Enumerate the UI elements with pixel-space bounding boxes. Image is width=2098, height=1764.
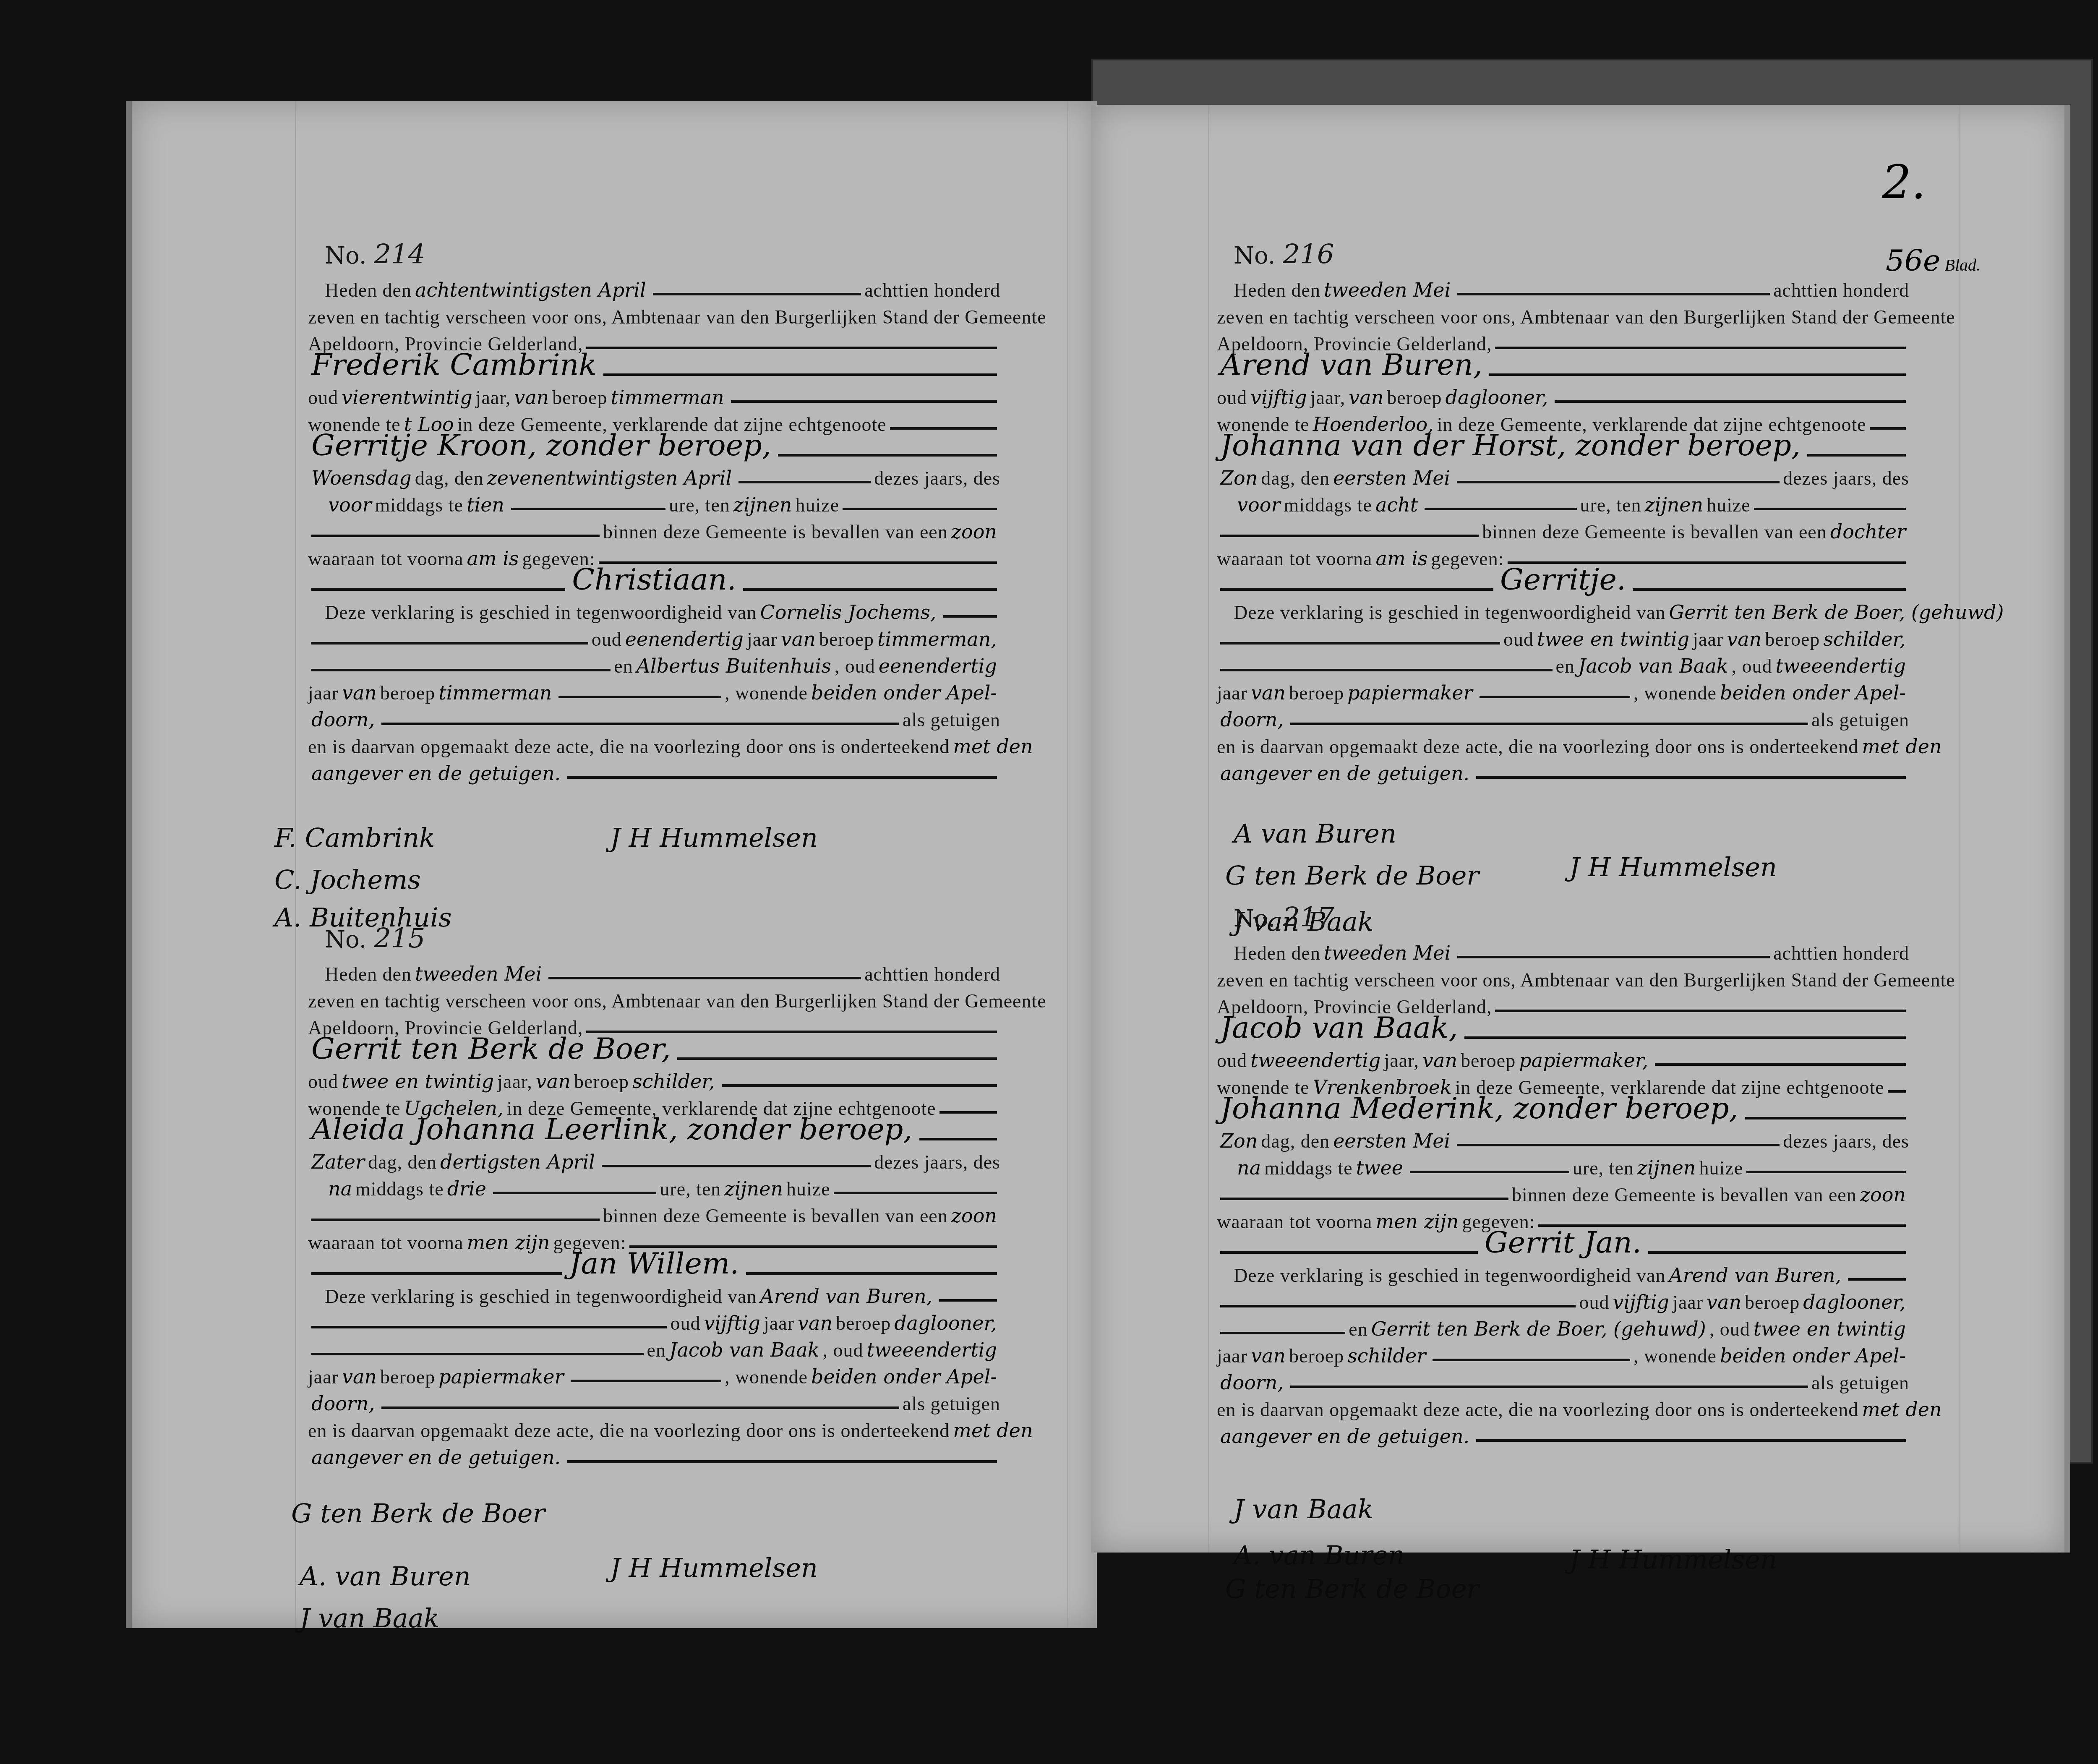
handwritten-text: daglooner, (894, 1312, 997, 1334)
handwritten-text: doorn, (1220, 1371, 1284, 1394)
handwritten-text: eersten Mei (1333, 467, 1450, 489)
handwritten-text: tweeden Mei (415, 963, 542, 985)
handwritten-text: papiermaker (438, 1365, 564, 1388)
handwritten-text: dochter (1830, 520, 1906, 543)
handwritten-text: papiermaker, (1519, 1049, 1648, 1072)
printed-text: waaraan tot voorna (308, 548, 464, 570)
handwritten-text: schilder, (1823, 628, 1906, 650)
father-name: Arend van Buren, (1220, 347, 1482, 382)
form-line: oudtweeendertigjaar,vanberoeppapiermaker… (1217, 1045, 1909, 1072)
fill-rule (1457, 293, 1770, 295)
fill-rule (1633, 588, 1906, 591)
printed-text: , wonende (1634, 1345, 1717, 1367)
form-line: oudvierentwintigjaar,vanberoeptimmerman (308, 382, 1000, 409)
handwritten-text: daglooner, (1445, 386, 1548, 409)
handwritten-text: Arend van Buren, (1669, 1264, 1841, 1286)
fill-rule (311, 1353, 644, 1355)
form-line: Gerrit ten Berk de Boer, (308, 1039, 1000, 1066)
form-line: Zondag, deneersten Meidezes jaars, des (1217, 1125, 1909, 1152)
printed-text: waaraan tot voorna (1217, 548, 1373, 570)
form-line: jaarvanberoeppapiermaker, wonendebeiden … (1217, 677, 1909, 704)
fill-rule (567, 1460, 997, 1463)
form-line: Christiaan. (308, 570, 1000, 597)
mother-name: Johanna Mederink, zonder beroep, (1220, 1091, 1738, 1125)
printed-text: oud (308, 1070, 338, 1093)
fill-rule (311, 1272, 562, 1275)
fill-rule (1410, 1171, 1569, 1173)
handwritten-text: beiden onder Apel- (811, 681, 997, 704)
printed-text: beroep (1745, 1291, 1800, 1313)
fill-rule (493, 1192, 656, 1194)
handwritten-text: doorn, (1220, 708, 1284, 731)
witness-1: Cornelis Jochems, (760, 601, 936, 624)
form-line: enAlbertus Buitenhuis, oudeenendertig (308, 650, 1000, 677)
form-line: Woensdagdag, denzevenentwintigsten April… (308, 462, 1000, 489)
form-line: binnen deze Gemeente is bevallen van een… (308, 1200, 1000, 1227)
printed-text: Heden den (1234, 942, 1320, 964)
form-line: namiddags tedrieure, tenzijnenhuize (308, 1173, 1000, 1200)
handwritten-text: tweeendertig (867, 1339, 997, 1361)
form-line: binnen deze Gemeente is bevallen van een… (308, 516, 1000, 543)
handwritten-text: voor (1237, 493, 1280, 516)
signature: J H Hummelsen (610, 1553, 818, 1583)
handwritten-text: Woensdag (311, 467, 412, 489)
printed-text: binnen deze Gemeente is bevallen van een (603, 1205, 948, 1227)
form-line: binnen deze Gemeente is bevallen van een… (1217, 516, 1909, 543)
form-line: doorn,als getuigen (1217, 704, 1909, 731)
fill-rule (1655, 1063, 1906, 1066)
form-line: zeven en tachtig verscheen voor ons, Amb… (1217, 301, 1909, 328)
handwritten-text: beiden onder Apel- (1720, 681, 1906, 704)
printed-text: 215 (374, 923, 425, 954)
handwritten-text: van (1251, 681, 1286, 704)
fill-rule (890, 427, 997, 430)
form-line: Deze verklaring is geschied in tegenwoor… (308, 1281, 1000, 1307)
handwritten-text: timmerman (438, 681, 552, 704)
handwritten-text: Jacob van Baak (1578, 655, 1728, 677)
printed-text: binnen deze Gemeente is bevallen van een (1512, 1184, 1857, 1206)
handwritten-text: men zijn (1376, 1210, 1459, 1233)
printed-text: oud (308, 386, 338, 409)
form-line: zeven en tachtig verscheen voor ons, Amb… (1217, 964, 1909, 991)
handwritten-text: tien (467, 493, 504, 516)
fill-rule (1495, 347, 1906, 349)
printed-text: beroep (1289, 1345, 1344, 1367)
printed-text: beroep (380, 1366, 435, 1388)
fill-rule (939, 1111, 997, 1114)
printed-text: 214 (374, 239, 425, 270)
handwritten-text: zoon (951, 1204, 997, 1227)
handwritten-text: twee en twintig (1754, 1318, 1906, 1340)
form-line: jaarvanberoepschilder, wonendebeiden ond… (1217, 1340, 1909, 1367)
printed-text: jaar (764, 1312, 794, 1334)
form-line: enJacob van Baak, oudtweeendertig (1217, 650, 1909, 677)
fill-rule (311, 1219, 600, 1221)
fill-rule (571, 1380, 721, 1382)
printed-text: achttien honderd (864, 963, 1000, 985)
handwritten-text: van (798, 1312, 832, 1334)
handwritten-text: met den (1862, 1398, 1941, 1421)
signature: G ten Berk de Boer (1225, 860, 1479, 891)
fill-rule (311, 669, 611, 671)
printed-text: als getuigen (903, 709, 1000, 731)
child-name: Christiaan. (572, 562, 736, 597)
form-line: en is daarvan opgemaakt deze acte, die n… (308, 1415, 1000, 1442)
form-line: binnen deze Gemeente is bevallen van een… (1217, 1179, 1909, 1206)
handwritten-text: daglooner, (1803, 1291, 1906, 1313)
handwritten-text: eenendertig (625, 628, 744, 650)
handwritten-text: Gerrit ten Berk de Boer, (gehuwd) (1669, 601, 2004, 624)
fill-rule (311, 1326, 667, 1328)
printed-text: jaar, (1384, 1049, 1419, 1072)
printed-text: Heden den (325, 963, 412, 985)
form-line: oudvijftigjaarvanberoepdaglooner, (308, 1307, 1000, 1334)
printed-text: zeven en tachtig verscheen voor ons, Amb… (308, 990, 1046, 1012)
printed-text: oud (1579, 1291, 1609, 1313)
form-line: en is daarvan opgemaakt deze acte, die n… (1217, 731, 1909, 758)
handwritten-text: na (1237, 1156, 1261, 1179)
printed-text: waaraan tot voorna (308, 1232, 464, 1254)
handwritten-text: timmerman (611, 386, 724, 409)
fill-rule (1220, 1332, 1345, 1334)
signature: J van Baak (300, 1603, 439, 1634)
form-line: doorn,als getuigen (308, 1388, 1000, 1415)
form-line: voormiddags tetienure, tenzijnenhuize (308, 489, 1000, 516)
printed-text: gegeven: (1431, 548, 1504, 570)
handwritten-text: timmerman, (877, 628, 997, 650)
form-line: aangever en de getuigen. (308, 1442, 1000, 1469)
printed-text: oud (1217, 386, 1247, 409)
fill-rule (1290, 723, 1808, 725)
fill-rule (311, 535, 600, 537)
form-line: Gerritje. (1217, 570, 1909, 597)
handwritten-text: tweeden Mei (1324, 942, 1451, 964)
signature: G ten Berk de Boer (1225, 1574, 1479, 1604)
printed-text: en (1349, 1318, 1367, 1340)
handwritten-text: zijnen (724, 1177, 783, 1200)
printed-text: als getuigen (1811, 709, 1909, 731)
fill-rule (1476, 776, 1906, 779)
printed-text: beroep (1765, 628, 1820, 650)
form-line: aangever en de getuigen. (308, 758, 1000, 785)
register-entry-215: No. 215 Heden dentweeden Meiachttien hon… (308, 923, 1000, 1666)
printed-text: binnen deze Gemeente is bevallen van een (1482, 521, 1827, 543)
child-name: Gerritje. (1500, 562, 1626, 597)
printed-text: en is daarvan opgemaakt deze acte, die n… (1217, 736, 1858, 758)
form-line: Johanna Mederink, zonder beroep, (1217, 1099, 1909, 1125)
fill-rule (1425, 508, 1576, 510)
signature: A. van Buren (1234, 1540, 1405, 1571)
fill-rule (1807, 454, 1906, 457)
father-name: Gerrit ten Berk de Boer, (311, 1031, 671, 1066)
form-line: Arend van Buren, (1217, 355, 1909, 382)
fill-rule (1754, 508, 1906, 510)
printed-text: Heden den (325, 279, 412, 301)
entry-number: No. 215 (325, 923, 1000, 954)
handwritten-text: Zater (311, 1151, 365, 1173)
printed-text: beroep (1387, 386, 1442, 409)
handwritten-text: eersten Mei (1333, 1130, 1450, 1152)
printed-text: , oud (823, 1339, 864, 1361)
printed-text: Deze verklaring is geschied in tegenwoor… (325, 601, 757, 624)
child-name: Jan Willem. (569, 1246, 739, 1281)
printed-text: zeven en tachtig verscheen voor ons, Amb… (308, 306, 1046, 328)
fill-rule (1870, 427, 1906, 430)
printed-text: dezes jaars, des (874, 467, 1000, 489)
printed-text: ure, ten (660, 1178, 721, 1200)
printed-text: jaar (1673, 1291, 1703, 1313)
handwritten-text: zijnen (1637, 1156, 1696, 1179)
printed-text: als getuigen (903, 1393, 1000, 1415)
form-line: doorn,als getuigen (1217, 1367, 1909, 1394)
form-line: Deze verklaring is geschied in tegenwoor… (1217, 1260, 1909, 1286)
printed-text: achttien honderd (1773, 279, 1909, 301)
handwritten-text: vijftig (1613, 1291, 1669, 1313)
fill-rule (602, 1165, 871, 1167)
fill-rule (653, 293, 861, 295)
witness-2: Albertus Buitenhuis (637, 655, 831, 677)
fill-rule (738, 481, 871, 483)
signature: J H Hummelsen (1569, 1544, 1777, 1575)
printed-text: oud (1503, 628, 1534, 650)
handwritten-text: tweeden Mei (1324, 279, 1451, 301)
printed-text: , wonende (1634, 682, 1717, 704)
fill-rule (731, 400, 997, 403)
entry-number: No. 216 (1234, 239, 1909, 270)
handwritten-text: schilder, (632, 1070, 715, 1093)
printed-text: en (1556, 655, 1575, 677)
form-line: aangever en de getuigen. (1217, 1421, 1909, 1448)
printed-text: , wonende (725, 682, 808, 704)
form-line: zeven en tachtig verscheen voor ons, Amb… (308, 985, 1000, 1012)
signature: A van Buren (1234, 818, 1396, 849)
printed-text: Blad. (1944, 256, 1981, 274)
handwritten-text: schilder (1347, 1344, 1426, 1367)
form-line: Aleida Johanna Leerlink, zonder beroep, (308, 1119, 1000, 1146)
form-line: oudvijftigjaarvanberoepdaglooner, (1217, 1286, 1909, 1313)
handwritten-text: drie (447, 1177, 486, 1200)
fill-rule (1220, 1198, 1508, 1200)
printed-text: dag, den (1261, 467, 1330, 489)
form-line: voormiddags teachture, tenzijnenhuize (1217, 489, 1909, 516)
form-line: enGerrit ten Berk de Boer, (gehuwd), oud… (1217, 1313, 1909, 1340)
fill-rule (511, 508, 665, 510)
form-line: Heden dentweeden Meiachttien honderd (1217, 937, 1909, 964)
handwritten-text: aangever en de getuigen. (311, 762, 561, 785)
printed-text: beroep (836, 1312, 891, 1334)
handwritten-text: met den (953, 735, 1033, 758)
printed-text: No. (1234, 242, 1276, 269)
printed-text: huize (1699, 1157, 1743, 1179)
handwritten-text: vierentwintig (342, 386, 472, 409)
entry-number: No. 214 (325, 239, 1000, 270)
fill-rule (1220, 588, 1493, 591)
printed-text: beroep (380, 682, 435, 704)
printed-text: oud (670, 1312, 700, 1334)
printed-text: Deze verklaring is geschied in tegenwoor… (1234, 1264, 1665, 1286)
handwritten-text: doorn, (311, 1392, 375, 1415)
printed-text: dezes jaars, des (1783, 1130, 1909, 1152)
printed-text: middags te (1264, 1157, 1353, 1179)
printed-text: , oud (1709, 1318, 1750, 1340)
fill-rule (919, 1138, 997, 1140)
handwritten-text: dertigsten April (440, 1151, 595, 1173)
handwritten-text: twee en twintig (342, 1070, 494, 1093)
printed-text: jaar, (1310, 386, 1346, 409)
fill-rule (567, 776, 997, 779)
signature: J van Baak (1234, 1494, 1373, 1524)
fill-rule (1457, 1144, 1780, 1146)
mother-name: Johanna van der Horst, zonder beroep, (1220, 428, 1801, 462)
printed-text: Deze verklaring is geschied in tegenwoor… (1234, 601, 1665, 624)
printed-text: als getuigen (1811, 1372, 1909, 1394)
printed-text: beroep (1461, 1049, 1516, 1072)
handwritten-text: met den (1862, 735, 1941, 758)
form-line: Zaterdag, dendertigsten Aprildezes jaars… (308, 1146, 1000, 1173)
form-line: Jan Willem. (308, 1254, 1000, 1281)
fill-rule (778, 454, 997, 457)
fill-rule (1433, 1359, 1630, 1361)
printed-text: No. (325, 242, 367, 269)
printed-text: ure, ten (1573, 1157, 1634, 1179)
fill-rule (1555, 400, 1906, 403)
printed-text: jaar (308, 1366, 339, 1388)
fill-rule (677, 1057, 997, 1060)
fill-rule (722, 1084, 997, 1087)
handwritten-text: beiden onder Apel- (811, 1365, 997, 1388)
handwritten-text: zoon (1860, 1183, 1906, 1206)
margin-rule (1960, 105, 1960, 1553)
printed-text: 217 (1283, 902, 1334, 933)
printed-text: en is daarvan opgemaakt deze acte, die n… (308, 1420, 950, 1442)
printed-text: jaar, (476, 386, 511, 409)
signature: F. Cambrink (274, 822, 435, 853)
fill-rule (1480, 696, 1630, 698)
printed-text: achttien honderd (1773, 942, 1909, 964)
fill-rule (1745, 1117, 1906, 1119)
handwritten-text: tweeendertig (1250, 1049, 1380, 1072)
form-line: doorn,als getuigen (308, 704, 1000, 731)
handwritten-text: van (1707, 1291, 1741, 1313)
fill-rule (548, 977, 861, 979)
handwritten-text: Arend van Buren, (760, 1285, 932, 1307)
printed-text: achttien honderd (864, 279, 1000, 301)
fill-rule (381, 723, 899, 725)
printed-text: beroep (1289, 682, 1344, 704)
form-line: enJacob van Baak, oudtweeendertig (308, 1334, 1000, 1361)
left-page: No. 214 Heden denachtentwintigsten April… (126, 101, 1097, 1628)
form-line: Deze verklaring is geschied in tegenwoor… (308, 597, 1000, 624)
fill-rule (1476, 1439, 1906, 1442)
printed-text: huize (796, 494, 840, 516)
printed-text: zeven en tachtig verscheen voor ons, Amb… (1217, 969, 1955, 991)
fill-rule (1220, 1305, 1576, 1307)
signature: C. Jochems (274, 864, 421, 895)
printed-text: ure, ten (1580, 494, 1641, 516)
printed-text: , oud (1732, 655, 1772, 677)
handwritten-text: van (1251, 1344, 1286, 1367)
fill-rule (1457, 481, 1780, 483)
printed-text: ure, ten (669, 494, 730, 516)
fill-rule (1220, 1251, 1478, 1254)
father-name: Frederik Cambrink (311, 347, 597, 382)
margin-rule (1208, 105, 1209, 1553)
fill-rule (1290, 1386, 1808, 1388)
handwritten-text: beiden onder Apel- (1720, 1344, 1906, 1367)
form-line: zeven en tachtig verscheen voor ons, Amb… (308, 301, 1000, 328)
printed-text: jaar (1693, 628, 1723, 650)
handwritten-text: twee (1356, 1156, 1403, 1179)
form-line: jaarvanberoeptimmerman, wonendebeiden on… (308, 677, 1000, 704)
fill-rule (939, 1299, 997, 1302)
printed-text: No. (1234, 905, 1276, 932)
printed-text: huize (786, 1178, 830, 1200)
printed-text: Deze verklaring is geschied in tegenwoor… (325, 1285, 757, 1307)
handwritten-text: met den (953, 1419, 1033, 1442)
fill-rule (1220, 642, 1500, 645)
form-line: Johanna van der Horst, zonder beroep, (1217, 436, 1909, 462)
handwritten-text: zoon (951, 520, 997, 543)
fill-rule (1457, 956, 1770, 958)
form-line: Gerritje Kroon, zonder beroep, (308, 436, 1000, 462)
printed-text: middags te (355, 1178, 444, 1200)
handwritten-text: van (1727, 628, 1761, 650)
handwritten-text: Gerrit ten Berk de Boer, (gehuwd) (1371, 1318, 1706, 1340)
fill-rule (311, 588, 565, 591)
printed-text: zeven en tachtig verscheen voor ons, Amb… (1217, 306, 1955, 328)
form-line: oudtwee en twintigjaar,vanberoepschilder… (308, 1066, 1000, 1093)
form-line: Heden denachtentwintigsten Aprilachttien… (308, 274, 1000, 301)
signatures: G ten Berk de Boer A. van Buren J van Ba… (308, 1490, 1000, 1666)
register-entry-214: No. 214 Heden denachtentwintigsten April… (308, 239, 1000, 982)
handwritten-text: zevenentwintigsten April (487, 467, 732, 489)
fill-rule (943, 615, 997, 618)
printed-text: huize (1707, 494, 1751, 516)
folio-mark: 2. (1882, 155, 1926, 209)
form-line: Deze verklaring is geschied in tegenwoor… (1217, 597, 1909, 624)
form-line: oudeenendertigjaarvanberoeptimmerman, (308, 624, 1000, 650)
handwritten-text: tweeendertig (1776, 655, 1906, 677)
register-entry-216: No. 216 Heden dentweeden Meiachttien hon… (1217, 239, 1909, 982)
fill-rule (381, 1407, 899, 1409)
printed-text: beroep (574, 1070, 629, 1093)
fill-rule (311, 642, 588, 645)
handwritten-text: van (342, 681, 377, 704)
printed-text: jaar, (497, 1070, 532, 1093)
printed-text: middags te (375, 494, 463, 516)
register-entry-217: No. 217 Heden dentweeden Meiachttien hon… (1217, 902, 1909, 1645)
right-page: 2. 56e Blad. No. 216 Heden dentweeden Me… (1091, 105, 2070, 1553)
printed-text: dezes jaars, des (874, 1151, 1000, 1173)
printed-text: dag, den (1261, 1130, 1330, 1152)
fill-rule (746, 1272, 997, 1275)
form-line: Zondag, deneersten Meidezes jaars, des (1217, 462, 1909, 489)
registration-date: achtentwintigsten April (415, 279, 646, 301)
handwritten-text: men zijn (467, 1231, 550, 1254)
signature: A. van Buren (300, 1561, 471, 1592)
signatures: J van Baak A. van Buren G ten Berk de Bo… (1217, 1469, 1909, 1645)
fill-rule (1489, 373, 1906, 376)
printed-text: binnen deze Gemeente is bevallen van een (603, 521, 948, 543)
handwritten-text: voor (328, 493, 371, 516)
handwritten-text: van (536, 1070, 571, 1093)
form-line: en is daarvan opgemaakt deze acte, die n… (308, 731, 1000, 758)
fill-rule (1220, 669, 1553, 671)
handwritten-text: van (1349, 386, 1383, 409)
fill-rule (1220, 535, 1479, 537)
handwritten-text: papiermaker (1347, 681, 1472, 704)
printed-text: middags te (1284, 494, 1372, 516)
